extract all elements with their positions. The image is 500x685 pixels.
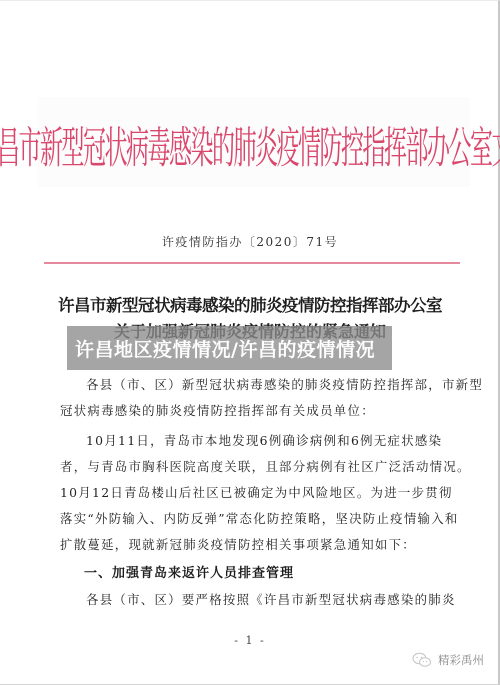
caption-overlay: 许昌地区疫情情况/许昌的疫情情况 (67, 326, 392, 370)
wechat-icon (412, 652, 432, 668)
caption-text: 许昌地区疫情情况/许昌的疫情情况 (75, 335, 375, 362)
page-number: - 1 - (0, 634, 500, 647)
body-line: 扩散蔓延，现就新冠肺炎疫情防控相关事项紧急通知如下： (60, 535, 416, 553)
document-page: 许昌市新型冠状病毒感染的肺炎疫情防控指挥部办公室文件 许疫情防指办〔2020〕7… (0, 0, 500, 685)
body-line: 10月11日，青岛市本地发现6例确诊病例和6例无症状感染 (86, 431, 442, 449)
body-line: 各县（市、区）要严格按照《许昌市新型冠状病毒感染的肺炎 (86, 590, 456, 608)
watermark: 精彩禹州 (412, 652, 484, 668)
body-line: 冠状病毒感染的肺炎疫情防控指挥部有关成员单位： (60, 401, 375, 419)
red-divider (44, 262, 460, 264)
body-line: 各县（市、区）新型冠状病毒感染的肺炎疫情防控指挥部，市新型 (86, 375, 483, 393)
letterhead-title: 许昌市新型冠状病毒感染的肺炎疫情防控指挥部办公室文件 (40, 78, 470, 211)
notice-title: 许昌市新型冠状病毒感染的肺炎疫情防控指挥部办公室 (0, 292, 500, 316)
body-line: 10月12日青岛楼山后社区已被确定为中风险地区。为进一步贯彻 (60, 483, 453, 501)
body-line: 者，与青岛市胸科医院高度关联，且部分病例有社区广泛活动情况。 (60, 457, 471, 475)
body-line: 落实“外防输入、内防反弹”常态化防控策略，坚决防止疫情输入和 (60, 509, 459, 527)
document-number: 许疫情防指办〔2020〕71号 (0, 233, 500, 250)
watermark-label: 精彩禹州 (438, 652, 484, 668)
section-heading: 一、加强青岛来返许人员排查管理 (84, 562, 294, 581)
